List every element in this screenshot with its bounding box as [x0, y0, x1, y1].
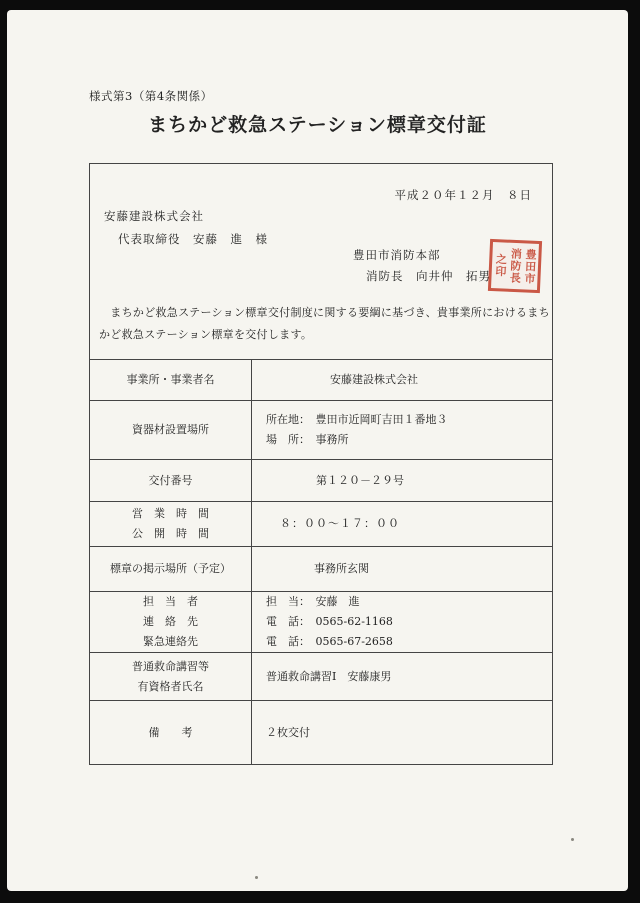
table-row-certified-person: 普通救命講習等 有資格者氏名 普通救命講習Ⅰ 安藤康男 — [90, 652, 552, 700]
table-row-remarks: 備 考 ２枚交付 — [90, 700, 552, 764]
row-label: 資器材設置場所 — [90, 401, 252, 459]
form-note: 様式第3（第4条関係） — [89, 88, 213, 104]
row-label: 事業所・事業者名 — [90, 360, 252, 400]
table-row-business-hours: 営 業 時 間 公 開 時 間 ８：００～１７：００ — [90, 501, 552, 546]
table-row-equipment-location: 資器材設置場所 所在地： 豊田市近岡町吉田１番地３ 場 所： 事務所 — [90, 400, 552, 459]
certificate-box: 平成２０年１２月 ８日 安藤建設株式会社 代表取締役 安藤 進 様 豊田市消防本… — [89, 163, 553, 765]
row-label: 備 考 — [90, 701, 252, 764]
table-row-grant-number: 交付番号 第１２０－２９号 — [90, 459, 552, 501]
recipient-person: 代表取締役 安藤 進 様 — [118, 231, 268, 247]
row-value: 第１２０－２９号 — [252, 460, 552, 501]
body-paragraph-line: かど救急ステーション標章を交付します。 — [99, 326, 312, 342]
scan-speck — [255, 876, 258, 879]
table-row-emblem-display-location: 標章の掲示場所（予定） 事務所玄関 — [90, 546, 552, 591]
recipient-company: 安藤建設株式会社 — [104, 208, 204, 224]
row-label: 担 当 者 連 絡 先 緊急連絡先 — [90, 592, 252, 652]
table-row-contact: 担 当 者 連 絡 先 緊急連絡先 担 当： 安藤 進 電 話： 0565-62… — [90, 591, 552, 652]
issue-date: 平成２０年１２月 ８日 — [395, 187, 533, 203]
issuer-person: 消防長 向井仲 拓男 — [366, 268, 491, 284]
row-value: 所在地： 豊田市近岡町吉田１番地３ 場 所： 事務所 — [252, 401, 552, 459]
issuer-organization: 豊田市消防本部 — [353, 247, 441, 263]
letter-head: 平成２０年１２月 ８日 安藤建設株式会社 代表取締役 安藤 進 様 豊田市消防本… — [90, 164, 552, 359]
row-value: ８：００～１７：００ — [252, 502, 552, 546]
seal-text-column: 豊田市 — [522, 248, 537, 285]
official-seal-stamp: 豊田市 消防長 之印 — [488, 239, 542, 293]
row-value: 普通救命講習Ⅰ 安藤康男 — [252, 653, 552, 700]
row-label: 普通救命講習等 有資格者氏名 — [90, 653, 252, 700]
row-label: 交付番号 — [90, 460, 252, 501]
row-value: 担 当： 安藤 進 電 話： 0565-62-1168 電 話： 0565-67… — [252, 592, 552, 652]
row-value: 事務所玄関 — [252, 547, 552, 591]
seal-text-column: 之印 — [493, 253, 508, 278]
body-paragraph-line: まちかど救急ステーション標章交付制度に関する要綱に基づき、貴事業所におけるまち — [99, 304, 550, 320]
seal-text-column: 消防長 — [507, 248, 522, 285]
paper: 様式第3（第4条関係） まちかど救急ステーション標章交付証 平成２０年１２月 ８… — [7, 10, 628, 891]
row-value: 安藤建設株式会社 — [252, 360, 552, 400]
row-label: 標章の掲示場所（予定） — [90, 547, 252, 591]
document-title: まちかど救急ステーション標章交付証 — [7, 110, 628, 137]
scan-background: 様式第3（第4条関係） まちかど救急ステーション標章交付証 平成２０年１２月 ８… — [0, 0, 640, 903]
scan-speck — [571, 838, 574, 841]
row-label: 営 業 時 間 公 開 時 間 — [90, 502, 252, 546]
table-row-business-name: 事業所・事業者名 安藤建設株式会社 — [90, 359, 552, 400]
row-value: ２枚交付 — [252, 701, 552, 764]
